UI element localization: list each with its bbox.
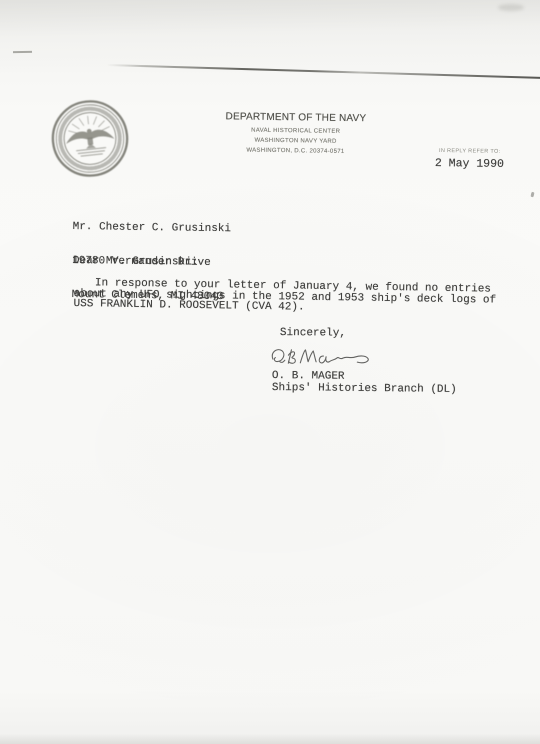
recipient-name: Mr. Chester C. Grusinski (73, 222, 232, 235)
navy-department-seal-icon (49, 97, 131, 180)
letterhead: DEPARTMENT OF THE NAVY NAVAL HISTORICAL … (205, 111, 386, 158)
signer-typed-name: O. B. MAGER (272, 370, 345, 383)
body-paragraph: In response to your letter of January 4,… (73, 278, 496, 317)
signer-title: Ships' Histories Branch (DL) (272, 382, 457, 396)
salutation: Dear Mr. Grusinski: (73, 255, 199, 269)
scan-speck-mark (531, 192, 534, 197)
seal-arrows (77, 148, 107, 157)
closing: Sincerely, (280, 327, 346, 340)
handwritten-signature-icon (267, 345, 373, 372)
seal-eagle (65, 126, 116, 150)
letter-date: 2 May 1990 (435, 157, 504, 171)
letterhead-department: DEPARTMENT OF THE NAVY (206, 111, 386, 125)
reply-refer-label: IN REPLY REFER TO: (439, 148, 501, 155)
scan-shadow-bottom (0, 734, 540, 744)
scanned-letter-page: DEPARTMENT OF THE NAVY NAVAL HISTORICAL … (0, 0, 540, 744)
scan-smudge-mark (498, 4, 524, 11)
letterhead-address: WASHINGTON, D.C. 20374-0571 (205, 145, 385, 158)
scan-shadow-top (0, 0, 540, 72)
